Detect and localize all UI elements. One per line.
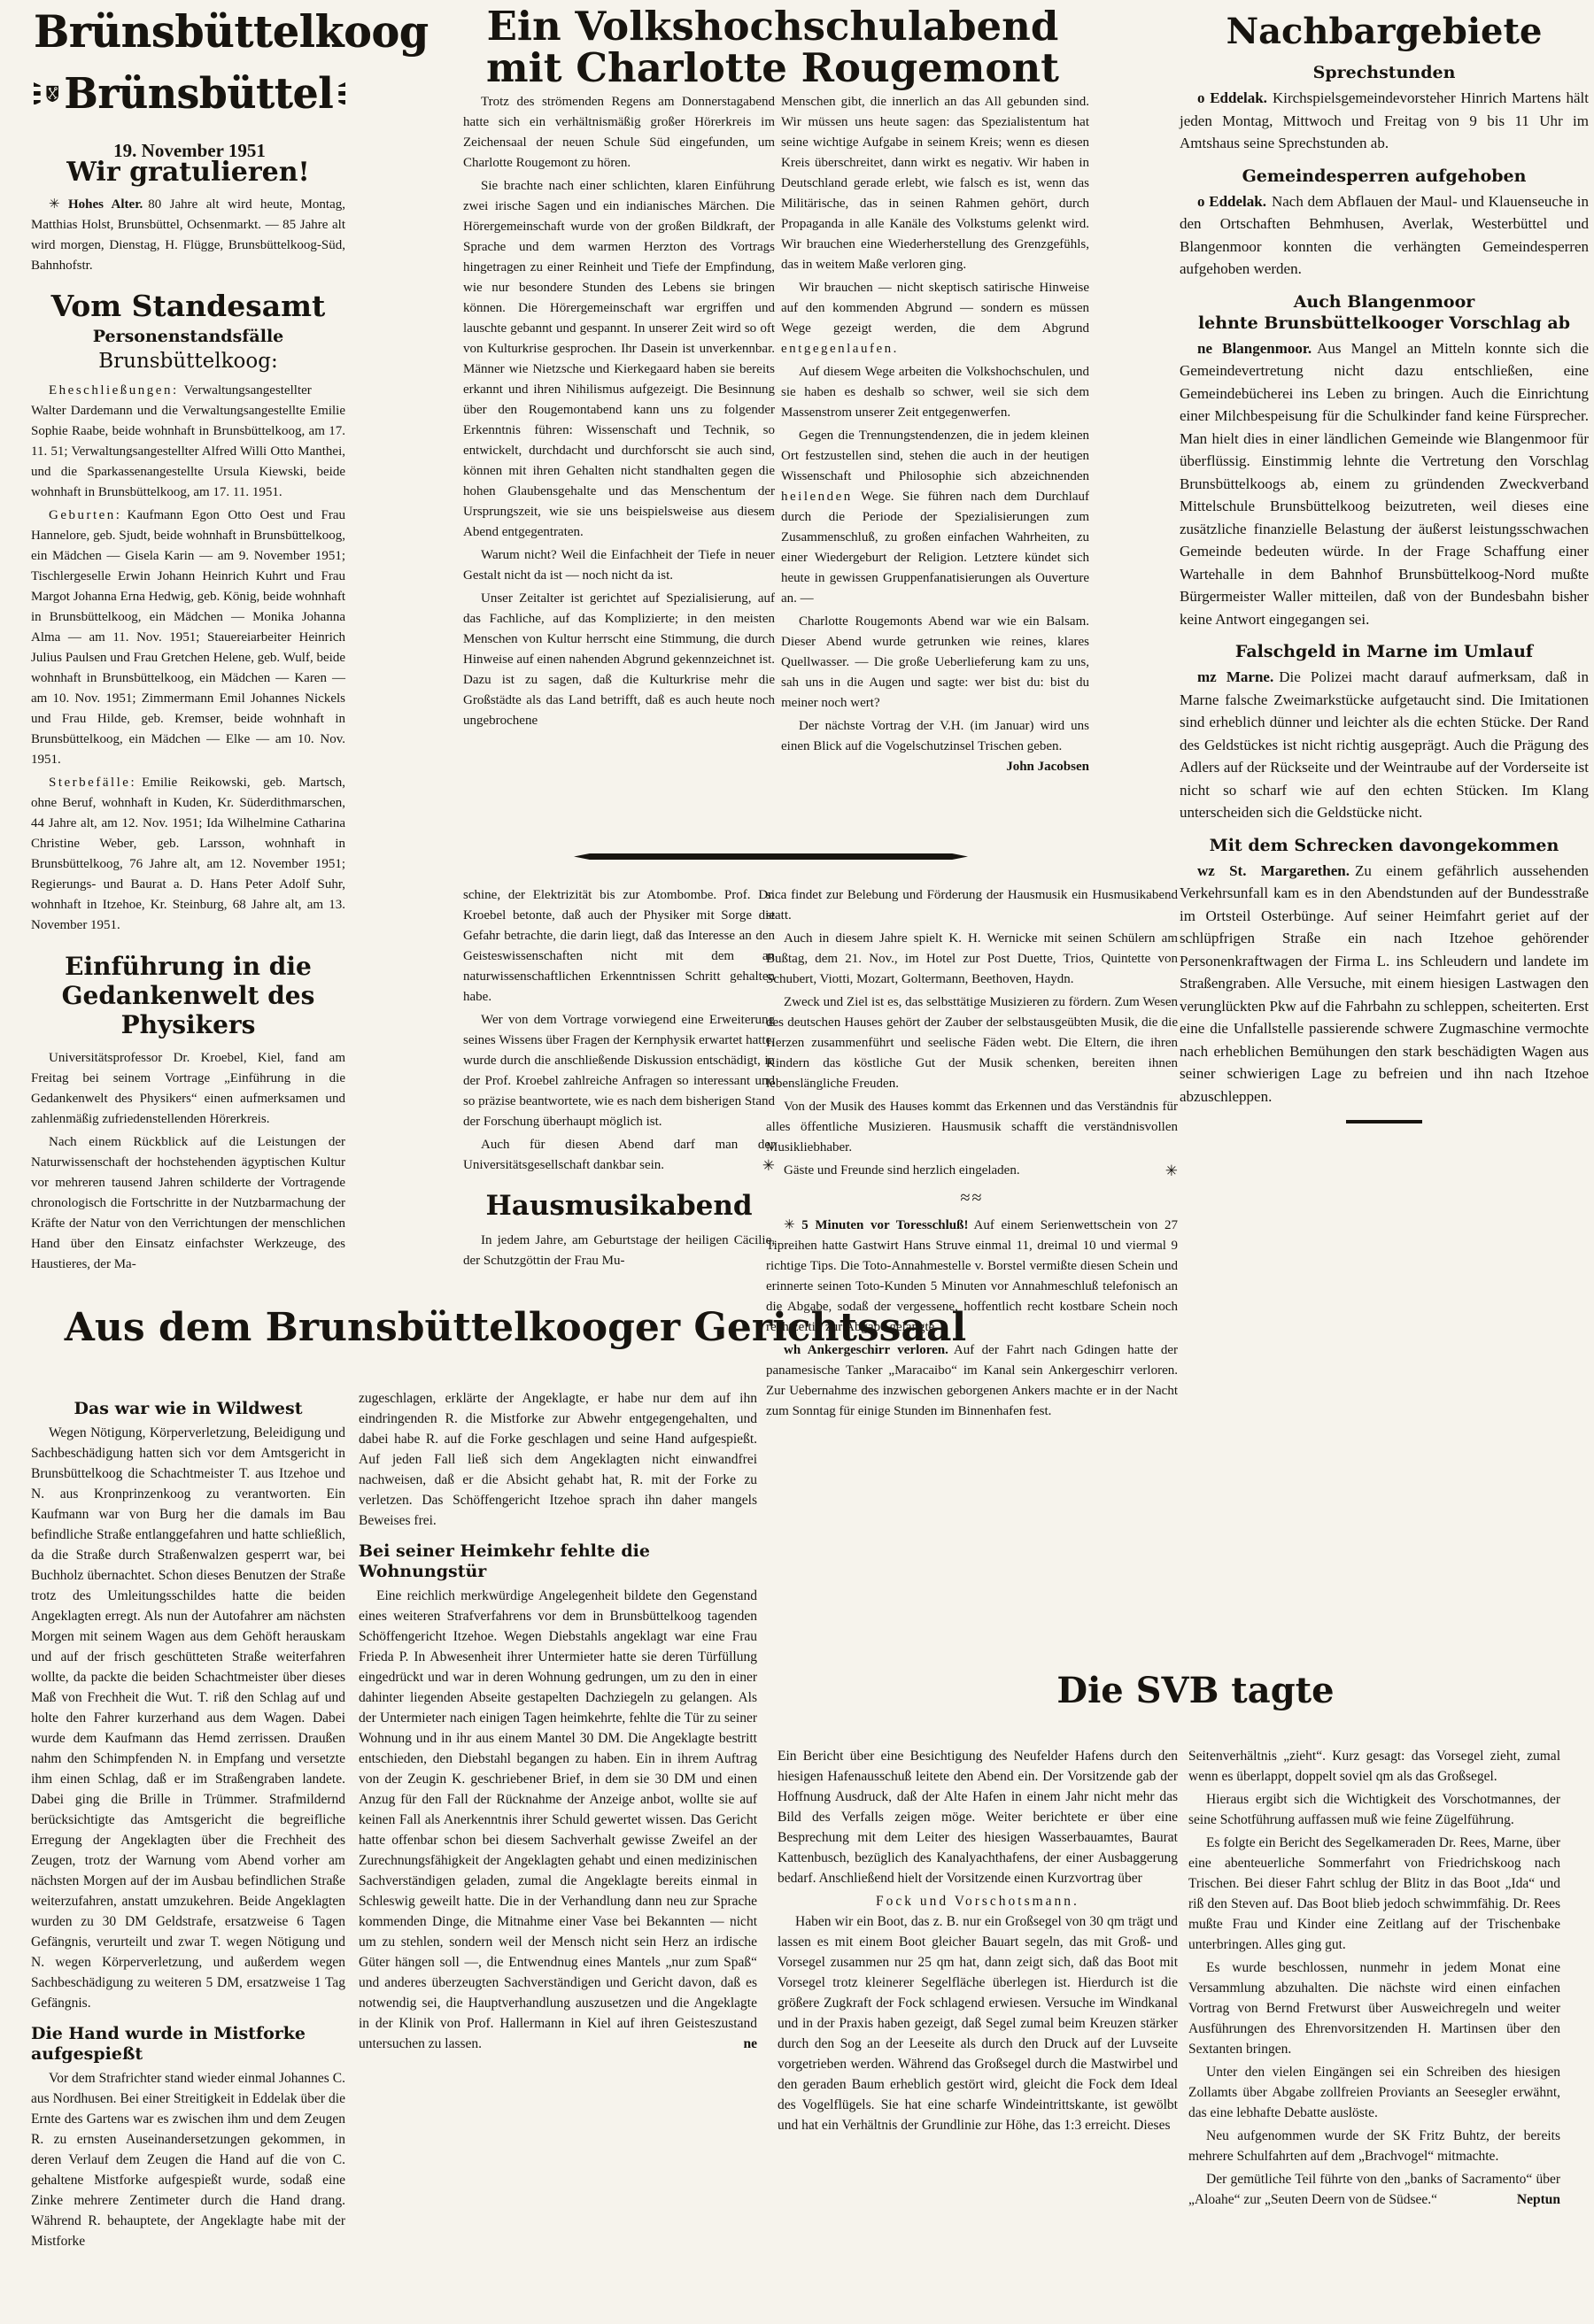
heading-physiker: Einführung in die Gedankenwelt des Physi… (31, 952, 345, 1039)
rougemont-p4: Unser Zeitalter ist gerichtet auf Spezia… (463, 589, 775, 731)
standesamt-eheschliessungen: Eheschließungen:Verwaltungsangestellter … (31, 381, 345, 503)
rougemont-p7: Auf diesem Wege arbeiten die Volkshochsc… (781, 362, 1089, 423)
flourish-icon (34, 82, 41, 105)
coat-of-arms-icon (46, 57, 59, 131)
svb-p9: Der gemütliche Teil führte von den „bank… (1188, 2169, 1560, 2210)
masthead-title-brunsbuettelkoog: Brünsbüttelkoog (34, 10, 345, 57)
heading-hausmusikabend: Hausmusikabend (463, 1190, 775, 1222)
rougemont-p9: Charlotte Rougemonts Abend war wie ein B… (781, 612, 1089, 714)
hausmusik-p5-text: Gäste und Freunde sind herzlich eingelad… (784, 1163, 1020, 1177)
svb-p8: Neu aufgenommen wurde der SK Fritz Buhtz… (1188, 2126, 1560, 2166)
eheschliessungen-text: Verwaltungsangestellter Walter Dardemann… (31, 383, 345, 499)
svb-p2: Haben wir ein Boot, das z. B. nur ein Gr… (778, 1911, 1178, 2135)
rougemont-author: John Jacobsen (988, 757, 1089, 777)
column-gerichtssaal-2: zugeschlagen, erklärte der Angeklagte, e… (359, 1388, 757, 2057)
wohnungstuer-text: Eine reichlich merkwürdige Angelegenheit… (359, 1586, 757, 2054)
wohnungstuer-body: Eine reichlich merkwürdige Angelegenheit… (359, 1588, 757, 2051)
subheading-wildwest: Das war wie in Wildwest (31, 1399, 345, 1419)
masthead-title-brunsbuettel: Brünsbüttel (64, 72, 333, 117)
heading-nachbargebiete: Nachbargebiete (1180, 12, 1589, 51)
subheading-wohnungstuer: Bei seiner Heimkehr fehlte die Wohnungst… (359, 1541, 757, 1582)
column-left: Wir gratulieren! ✳ Hohes Alter.80 Jahre … (31, 149, 345, 1278)
hausmusik-p5: Gäste und Freunde sind herzlich eingelad… (766, 1161, 1178, 1181)
physiker-heading-line2: Gedankenwelt des Physikers (31, 981, 345, 1039)
sterbefaelle-text: Emilie Reikowski, geb. Martsch, ohne Ber… (31, 776, 345, 932)
svb-p1: Ein Bericht über eine Besichtigung des N… (778, 1746, 1178, 1888)
gemeindesperren-lead: o Eddelak. (1197, 193, 1266, 210)
flourish-icon (338, 82, 345, 105)
physiker-p4: Wer von dem Vortrage vorwiegend eine Erw… (463, 1010, 775, 1132)
rougemont-p6-end: . (894, 342, 897, 356)
column-gerichtssaal-1: Das war wie in Wildwest Wegen Nötigung, … (31, 1388, 345, 2254)
blangenmoor-subhead-line1: Auch Blangenmoor (1180, 291, 1589, 313)
sterbefaelle-lead: Sterbefälle: (49, 776, 136, 790)
gratulieren-paragraph: ✳ Hohes Alter.80 Jahre alt wird heute, M… (31, 195, 345, 276)
rougemont-p6-sperr: entgegenlaufen (781, 342, 894, 356)
svb-author: Neptun (1499, 2189, 1560, 2210)
subheading-blangenmoor: Auch Blangenmoor lehnte Brunsbüttelkooge… (1180, 291, 1589, 334)
subheading-schrecken: Mit dem Schrecken davongekommen (1180, 835, 1589, 856)
column-rougemont-1: Trotz des strömenden Regens am Donnersta… (463, 92, 775, 734)
gerichtssaal-author: ne (726, 2034, 758, 2054)
hausmusik-p2: Auch in diesem Jahre spielt K. H. Wernic… (766, 929, 1178, 990)
masthead-row2: Brünsbüttel (34, 57, 345, 131)
subheading-personenstandsfaelle: Personenstandsfälle (31, 326, 345, 347)
rougemont-p2: Sie brachte nach einer schlichten, klare… (463, 176, 775, 543)
note-ankergeschirr: wh Ankergeschirr verloren.Auf der Fahrt … (766, 1340, 1178, 1422)
falschgeld-text: Die Polizei macht darauf aufmerksam, daß… (1180, 668, 1589, 821)
rougemont-p6-text: Wir brauchen — nicht skeptisch satirisch… (781, 281, 1089, 336)
subheading-mistforke: Die Hand wurde in Mistforke aufgespießt (31, 2024, 345, 2065)
article-headline-gerichtssaal: Aus dem Brunsbüttelkooger Gerichtssaal (25, 1307, 1006, 1349)
star-icon: ✳ (1148, 1161, 1178, 1181)
rougemont-p5: Menschen gibt, die innerlich an das All … (781, 92, 1089, 275)
geburten-lead: Geburten: (49, 508, 121, 522)
heading-wir-gratulieren: Wir gratulieren! (31, 158, 345, 188)
rougemont-p8: Gegen die Trennungstendenzen, die in jed… (781, 426, 1089, 609)
column-nachbargebiete: Nachbargebiete Sprechstunden o Eddelak.K… (1180, 12, 1589, 1123)
column-rougemont-2: Menschen gibt, die innerlich an das All … (781, 92, 1089, 777)
rougemont-p10: Der nächste Vortrag der V.H. (im Januar)… (781, 716, 1089, 757)
svb-p4: Hieraus ergibt sich die Wichtigkeit des … (1188, 1789, 1560, 1830)
subheading-sprechstunden: Sprechstunden (1180, 62, 1589, 83)
heading-vom-standesamt: Vom Standesamt (31, 290, 345, 322)
subheading-gemeindesperren: Gemeindesperren aufgehoben (1180, 166, 1589, 187)
svb-p6: Es wurde beschlossen, nunmehr in jedem M… (1188, 1957, 1560, 2059)
physiker-p5-text: Auch für diesen Abend darf man der Unive… (463, 1138, 775, 1172)
standesamt-sterbefaelle: Sterbefälle:Emilie Reikowski, geb. Marts… (31, 773, 345, 936)
headline-line2: mit Charlotte Rougemont (443, 47, 1103, 89)
article-headline-volkshochschulabend: Ein Volkshochschulabend mit Charlotte Ro… (443, 5, 1103, 89)
physiker-p5: Auch für diesen Abend darf man der Unive… (463, 1135, 775, 1176)
blangenmoor-subhead-line2: lehnte Brunsbüttelkooger Vorschlag ab (1180, 313, 1589, 334)
section-end-rule (1346, 1120, 1422, 1123)
physiker-p1: Universitätsprofessor Dr. Kroebel, Kiel,… (31, 1048, 345, 1130)
note-toresschluss-lead: 5 Minuten vor Toresschluß! (801, 1218, 968, 1232)
subheading-brunsbuettelkoog: Brunsbüttelkoog: (31, 349, 345, 374)
svb-p7: Unter den vielen Eingängen sei ein Schre… (1188, 2062, 1560, 2123)
star-icon: ✳ (49, 197, 60, 212)
eheschliessungen-lead: Eheschließungen: (49, 383, 179, 398)
blangenmoor-lead: ne Blangenmoor. (1197, 340, 1312, 357)
rougemont-p8-end: Wege. Sie führen nach dem Durchlauf durc… (781, 490, 1089, 606)
hausmusik-p4: Von der Musik des Hauses kommt das Erken… (766, 1097, 1178, 1158)
nachbar-falschgeld: mz Marne.Die Polizei macht darauf aufmer… (1180, 666, 1589, 824)
standesamt-geburten: Geburten:Kaufmann Egon Otto Oest und Fra… (31, 506, 345, 770)
schrecken-text: Zu einem gefährlich aussehenden Verkehrs… (1180, 862, 1589, 1105)
physiker-p2: Nach einem Rückblick auf die Leistungen … (31, 1132, 345, 1275)
wave-divider-icon: ≈≈ (766, 1188, 1178, 1208)
hausmusik-intro: In jedem Jahre, am Geburtstage der heili… (463, 1231, 775, 1271)
svb-p5: Es folgte ein Bericht des Segelkameraden… (1188, 1833, 1560, 1955)
column-svb-1: Ein Bericht über eine Besichtigung des N… (778, 1746, 1178, 2138)
physiker-heading-line1: Einführung in die (31, 952, 345, 981)
schrecken-lead: wz St. Margarethen. (1197, 862, 1350, 879)
mistforke-continuation: zugeschlagen, erklärte der Angeklagte, e… (359, 1388, 757, 1531)
nachbar-gemeindesperren: o Eddelak.Nach dem Abflauen der Maul- un… (1180, 190, 1589, 281)
rougemont-p6: Wir brauchen — nicht skeptisch satirisch… (781, 278, 1089, 359)
masthead: Brünsbüttelkoog Brünsbüttel 19. November… (34, 11, 345, 162)
blangenmoor-text: Aus Mangel an Mitteln konnte sich die Ge… (1180, 340, 1589, 628)
nachbar-schrecken: wz St. Margarethen.Zu einem gefährlich a… (1180, 860, 1589, 1108)
svb-p3: Seitenverhältnis „zieht“. Kurz gesagt: d… (1188, 1746, 1560, 1787)
gratulieren-lead: Hohes Alter. (68, 197, 143, 212)
headline-line1: Ein Volkshochschulabend (443, 5, 1103, 47)
star-icon: ✳ (784, 1218, 795, 1232)
subheading-falschgeld: Falschgeld in Marne im Umlauf (1180, 641, 1589, 662)
newspaper-page: Brünsbüttelkoog Brünsbüttel 19. November… (0, 0, 1594, 2324)
nachbar-blangenmoor: ne Blangenmoor.Aus Mangel an Mitteln kon… (1180, 337, 1589, 631)
rougemont-p8-text: Gegen die Trennungstendenzen, die in jed… (781, 429, 1089, 483)
rougemont-p8-sperr: heilenden (781, 490, 853, 504)
rougemont-p1: Trotz des strömenden Regens am Donnersta… (463, 92, 775, 174)
sprechstunden-lead: o Eddelak. (1197, 89, 1267, 106)
geburten-text: Kaufmann Egon Otto Oest und Frau Hannelo… (31, 508, 345, 767)
nachbar-sprechstunden: o Eddelak.Kirchspielsgemeindevorsteher H… (1180, 87, 1589, 155)
mistforke-text: Vor dem Strafrichter stand wieder einmal… (31, 2068, 345, 2251)
hausmusik-cont: sica findet zur Belebung und Förderung d… (766, 885, 1178, 926)
rougemont-p3: Warum nicht? Weil die Einfachheit der Ti… (463, 545, 775, 586)
article-divider-rule (574, 853, 968, 860)
column-physiker-continuation: schine, der Elektrizität bis zur Atombom… (463, 885, 775, 1274)
column-svb-2: Seitenverhältnis „zieht“. Kurz gesagt: d… (1188, 1746, 1560, 2212)
article-headline-svb: Die SVB tagte (1005, 1672, 1386, 1710)
falschgeld-lead: mz Marne. (1197, 668, 1273, 685)
svb-fock-line: Fock und Vorschotsmann. (778, 1891, 1178, 1911)
rougemont-p10-text: Der nächste Vortrag der V.H. (im Januar)… (781, 719, 1089, 753)
wildwest-text: Wegen Nötigung, Körperverletzung, Beleid… (31, 1423, 345, 2013)
hausmusik-p3: Zweck und Ziel ist es, das selbsttätige … (766, 992, 1178, 1094)
physiker-p3: schine, der Elektrizität bis zur Atombom… (463, 885, 775, 1008)
